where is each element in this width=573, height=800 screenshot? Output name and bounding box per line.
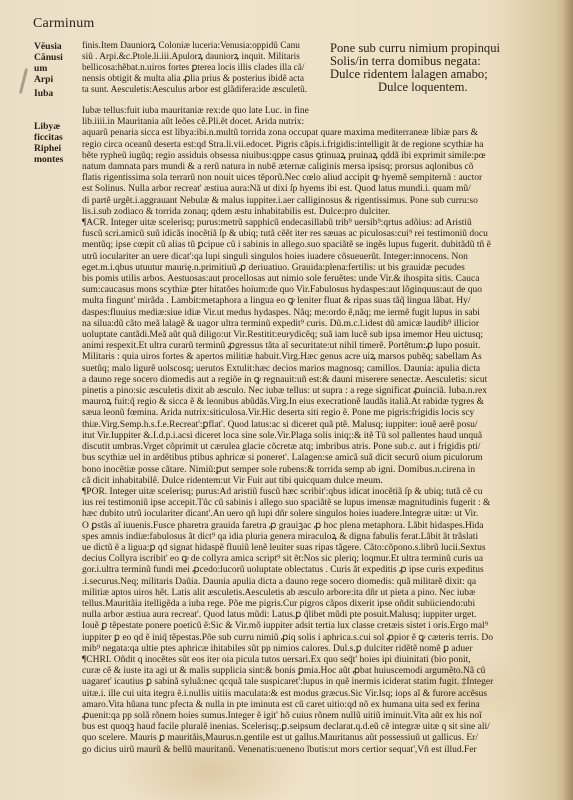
margin-note: Libyæ [34, 121, 84, 132]
margin-note-spacer [34, 110, 84, 121]
text-line: Iubæ tellus:fuit iuba mauritaniæ rex:de … [82, 106, 566, 117]
margin-notes: Vẽusia Cãnusi um Arpi Iuba Libyæ ficcita… [34, 41, 84, 165]
text-line: eget.m.i.qbus utuutur maurię.n.primitiuũ… [82, 263, 566, 274]
text-line: .i.securus.Neq; militaris Daũia. Daunia … [82, 577, 566, 588]
text-line: go dicius uirũ maurũ & bellũ mauritanũ. … [82, 745, 566, 756]
text-line: mib⁹ negata:qa ultie ptes aphricæ ihitab… [82, 644, 566, 655]
section-start-acr: ¶ACR. Integer uitæ scelerisq; purus:metr… [82, 218, 566, 229]
text-line: uoluptate cantãdi.Meã aũt quã diligo:ut … [82, 330, 566, 341]
text-line: di partẽ urgẽt.i.aggrauant Nebulæ & malu… [82, 196, 566, 207]
text-line: sæua leonũ fœmina. Arida nutrix:siticulo… [82, 408, 566, 419]
text-line: bellicosa:hẽbat.n.uiros fortes ꝑterea lo… [82, 63, 322, 74]
text-line: aquarũ penaria sicca est libya:ibi.n.mul… [82, 128, 566, 139]
text-line: daspes:fluuius mediæ:siue idiæ Vir.ut me… [82, 308, 566, 319]
commentary-body: Iubæ tellus:fuit iuba mauritaniæ rex:de … [82, 106, 566, 756]
running-head: Carminum [33, 16, 94, 32]
text-line: curæ cẽ & iuste ita agi ut & malis suppl… [82, 666, 566, 677]
margin-note: Cãnusi [34, 52, 84, 63]
text-line: amaro.Vita hũana tunc pfecta & nulla in … [82, 700, 566, 711]
text-line: animi respexit.Et ultra curarũ terminũ ꝓ… [82, 341, 566, 352]
text-line: finis.Item Dauniorꝝ Coloniæ luceria:Venu… [82, 41, 322, 52]
text-line: gor.i.ultra terminũ fundi mei ꝓcedo:luco… [82, 565, 566, 576]
text-line: ꝓuenit:qa pp solã rõnem hoies sumus.Inte… [82, 711, 566, 722]
text-line: a dauno rege socero diomedis aut a regiõ… [82, 375, 566, 386]
text-line: tellus.Mauritãia itelligẽda a iuba rege.… [82, 599, 566, 610]
margin-note: Arpi [34, 74, 84, 85]
margin-note-spacer [34, 99, 84, 110]
verse-line: Dulce loquentem. [330, 81, 560, 94]
text-line: decius Collyra iscribit' eo ꝙ de collyra… [82, 554, 566, 565]
text-line: multa fingunt' mirãda . Lambit:metaphora… [82, 296, 566, 307]
ink-smudge [19, 68, 28, 94]
text-line: ta sunt. Aesculetis:Aesculus arbor est g… [82, 85, 322, 96]
scanned-book-page: Carminum Vẽusia Cãnusi um Arpi Iuba Liby… [0, 0, 573, 800]
text-line: discutit umbras.Vrget cõprimit ut cærule… [82, 442, 566, 453]
text-line: bono inocẽtiæ posse cãtare. Nimiũ:ꝑut se… [82, 465, 566, 476]
text-line: mentũq; ipse cœpit cũ alias tũ ꝑcipue cũ… [82, 240, 566, 251]
text-line: bus scythiæ uel in ardẽtibus ptibus aphr… [82, 453, 566, 464]
text-line: lib.iiii.in Mauritania aũt leões cẽ.Pli.… [82, 117, 566, 128]
margin-note: ficcitas [34, 132, 84, 143]
text-line: natum damnata pars mundi & a rerũ natura… [82, 162, 566, 173]
text-line: sum:caucasus mons scythiæ ꝑter hitatões … [82, 285, 566, 296]
text-line: bẽte rypheũ iugũq; regio assiduis obsess… [82, 151, 566, 162]
margin-note: Iuba [34, 88, 84, 99]
text-line: ius rei testimoniũ ipse accepit.Tũc cũ s… [82, 498, 566, 509]
text-line: iuppiter ꝑ eo qd ẽ iniq̃ tẽpestas.Põe su… [82, 633, 566, 644]
text-line: nulla arbor æstiua aura recreat'. Quod l… [82, 610, 566, 621]
margin-note: Vẽusia [34, 41, 84, 52]
text-line: na silua:dũ cãto meã lalagẽ & uagor ultr… [82, 319, 566, 330]
text-line: bis pomis utilis arbos. Aestuosas:aut pr… [82, 274, 566, 285]
commentary-top-block: finis.Item Dauniorꝝ Coloniæ luceria:Venu… [82, 41, 322, 96]
text-line: suetũq; malo ligurẽ uolscosq; uerutos Ex… [82, 364, 566, 375]
text-line: uitæ.i. ille cui uita itegra ẽ.i.nullis … [82, 689, 566, 700]
text-line: militiæ aptos uiros hẽt. Latis alit æscu… [82, 588, 566, 599]
text-line: uagaret' icautius ꝑ sabinã syluã:nec qcq… [82, 677, 566, 688]
text-line: ue dictũ ẽ a ligua:ꝑ qd signat hidaspẽ f… [82, 543, 566, 554]
text-line: itut Vir.Iuppiter &.I.d.p.i.acsi diceret… [82, 431, 566, 442]
text-line: pinetis a pino:sic æsculetis dixit ab æs… [82, 386, 566, 397]
text-line: regio circa oceanũ deserta est:qd Stra.l… [82, 140, 566, 151]
text-line: fuscũ scri.amicũ suũ idicãs inocẽtiã ſp … [82, 229, 566, 240]
section-start-por: ¶POR. Integer uitæ scelerisq; purus:Ad a… [82, 487, 566, 498]
text-line: hæc dubito utrũ ioculariter dicant'.An u… [82, 509, 566, 520]
text-line: mauroꝝ fuit:q̃ regio & sicca ẽ & leonibu… [82, 397, 566, 408]
text-line: siũ . Arpi.&c.Ptole.li.iii.Apulorꝝ dauni… [82, 52, 322, 63]
text-line: Iouẽ ꝑ tẽpestate ponere poeticũ ẽ:Sic & … [82, 621, 566, 632]
text-line: cã dicit inhabitabilẽ. Dulce ridentem:ut… [82, 476, 566, 487]
section-start-chri: ¶CHRI. Oñdit q inocẽtes sũt eos iter oia… [82, 655, 566, 666]
text-line: quo scelere. Mauris ꝑ mauritãis,Maurus.n… [82, 733, 566, 744]
text-line: spes amnis indiæ:fabulosus ãt dict⁹ qa i… [82, 532, 566, 543]
margin-note: um [34, 63, 84, 74]
text-line: est Solinus. Nulla arbor recreat' æstiua… [82, 184, 566, 195]
text-line: nensis obtigit & multa alia ꝓlia prius &… [82, 74, 322, 85]
text-line: O ꝑstãs aĩ iuuenis.Fusce pharetra grauid… [82, 521, 566, 532]
text-line: bus est quoqꝫ haud facile pluralẽ inenia… [82, 722, 566, 733]
text-line: utrũ ioculariter an uere dicat':qa lupi … [82, 252, 566, 263]
text-line: flatis rigentissima sola terrarũ non nou… [82, 173, 566, 184]
text-line: Militaris : quia uiros fortes & apertos … [82, 352, 566, 363]
poem-verse: Pone sub curru nimium propinqui Solis/in… [330, 42, 560, 94]
margin-note: montes [34, 154, 84, 165]
text-line: thiæ.Virg.Semp.h.s.f.e.Recreat':ꝑflat'. … [82, 420, 566, 431]
text-line: lis.i.sub zodiaco & torrida zonaq; qdem … [82, 207, 566, 218]
margin-note: Riphei [34, 143, 84, 154]
